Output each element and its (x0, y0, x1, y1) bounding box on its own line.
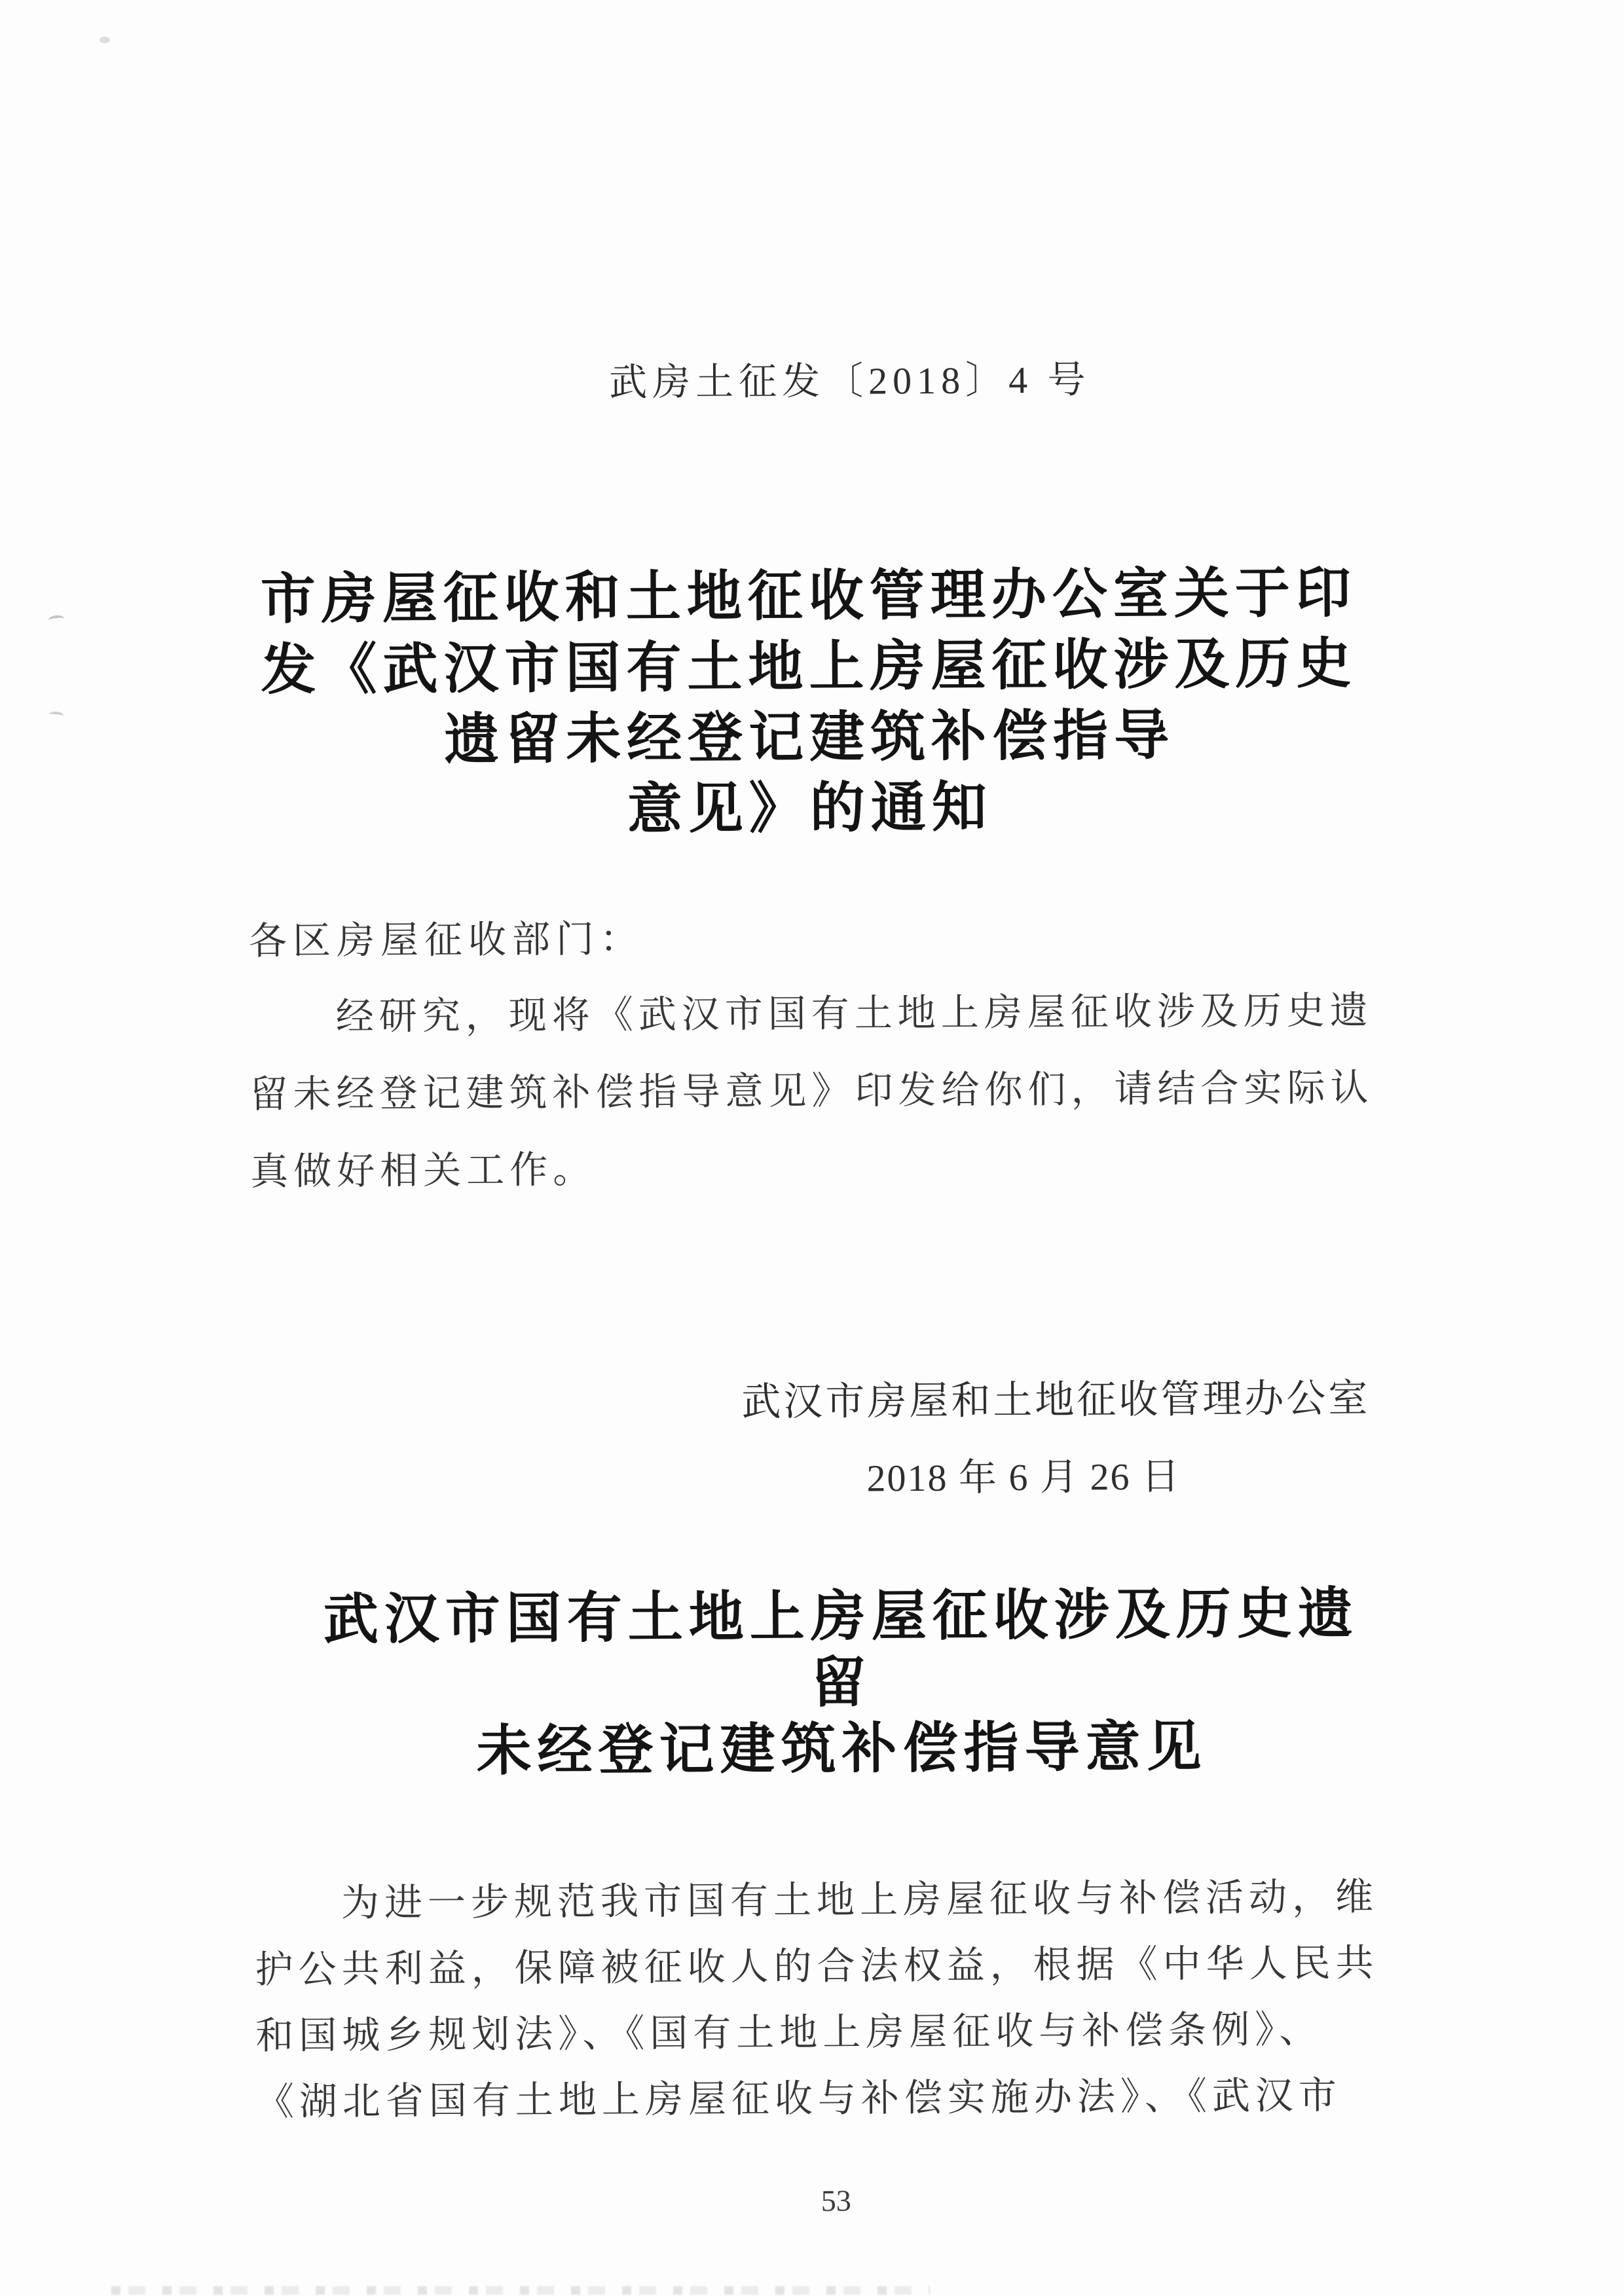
notice-title-line-3: 遗留未经登记建筑补偿指导 (253, 700, 1367, 777)
notice-body-line-2: 留未经登记建筑补偿指导意见》印发给你们，请结合实际认 (249, 1049, 1383, 1134)
salutation: 各区房屋征收部门： (249, 918, 644, 964)
attachment-body-line-3: 和国城乡规划法》、《国有土地上房屋征收与补偿条例》、 (255, 1996, 1389, 2069)
document-page: 武房土征发〔2018〕4 号 市房屋征收和土地征收管理办公室关于印 发《武汉市国… (0, 0, 1624, 2296)
page-number: 53 (7, 2179, 1624, 2223)
attachment-title-line-1: 武汉市国有土地上房屋征收涉及历史遗 (310, 1581, 1372, 1654)
attachment-body-line-1: 为进一步规范我市国有土地上房屋征收与补偿活动，维 (255, 1864, 1388, 1937)
notice-title-line-4: 意见》的通知 (253, 771, 1367, 848)
attachment-body-line-2: 护公共利益，保障被征收人的合法权益，根据《中华人民共 (255, 1930, 1388, 2003)
notice-title-line-1: 市房屋征收和土地征收管理办公室关于印 (252, 558, 1366, 636)
notice-body: 经研究，现将《武汉市国有土地上房屋征收涉及历史遗 留未经登记建筑补偿指导意见》印… (249, 972, 1383, 1211)
notice-body-line-3: 真做好相关工作。 (250, 1127, 1384, 1211)
issue-date: 2018 年 6 月 26 日 (866, 1455, 1181, 1501)
next-line-bleed-artifact (111, 2286, 930, 2295)
scan-speck-artifact (100, 37, 110, 43)
issuer-signature: 武汉市房屋和土地征收管理办公室 (741, 1376, 1370, 1425)
attachment-title: 武汉市国有土地上房屋征收涉及历史遗 留 未经登记建筑补偿指导意见 (258, 1581, 1373, 1786)
notice-title: 市房屋征收和土地征收管理办公室关于印 发《武汉市国有土地上房屋征收涉及历史 遗留… (252, 558, 1367, 848)
notice-body-line-1: 经研究，现将《武汉市国有土地上房屋征收涉及历史遗 (249, 972, 1382, 1057)
attachment-body-line-4: 《湖北省国有土地上房屋征收与补偿实施办法》、《武汉市 (256, 2062, 1390, 2136)
scanned-content: 武房土征发〔2018〕4 号 市房屋征收和土地征收管理办公室关于印 发《武汉市国… (0, 0, 1624, 2296)
attachment-title-line-2: 留 (311, 1647, 1373, 1720)
doc-number: 武房土征发〔2018〕4 号 (0, 355, 1619, 408)
attachment-body: 为进一步规范我市国有土地上房屋征收与补偿活动，维 护公共利益，保障被征收人的合法… (255, 1864, 1389, 2136)
notice-title-line-2: 发《武汉市国有土地上房屋征收涉及历史 (252, 629, 1366, 706)
attachment-title-line-3: 未经登记建筑补偿指导意见 (311, 1713, 1373, 1786)
